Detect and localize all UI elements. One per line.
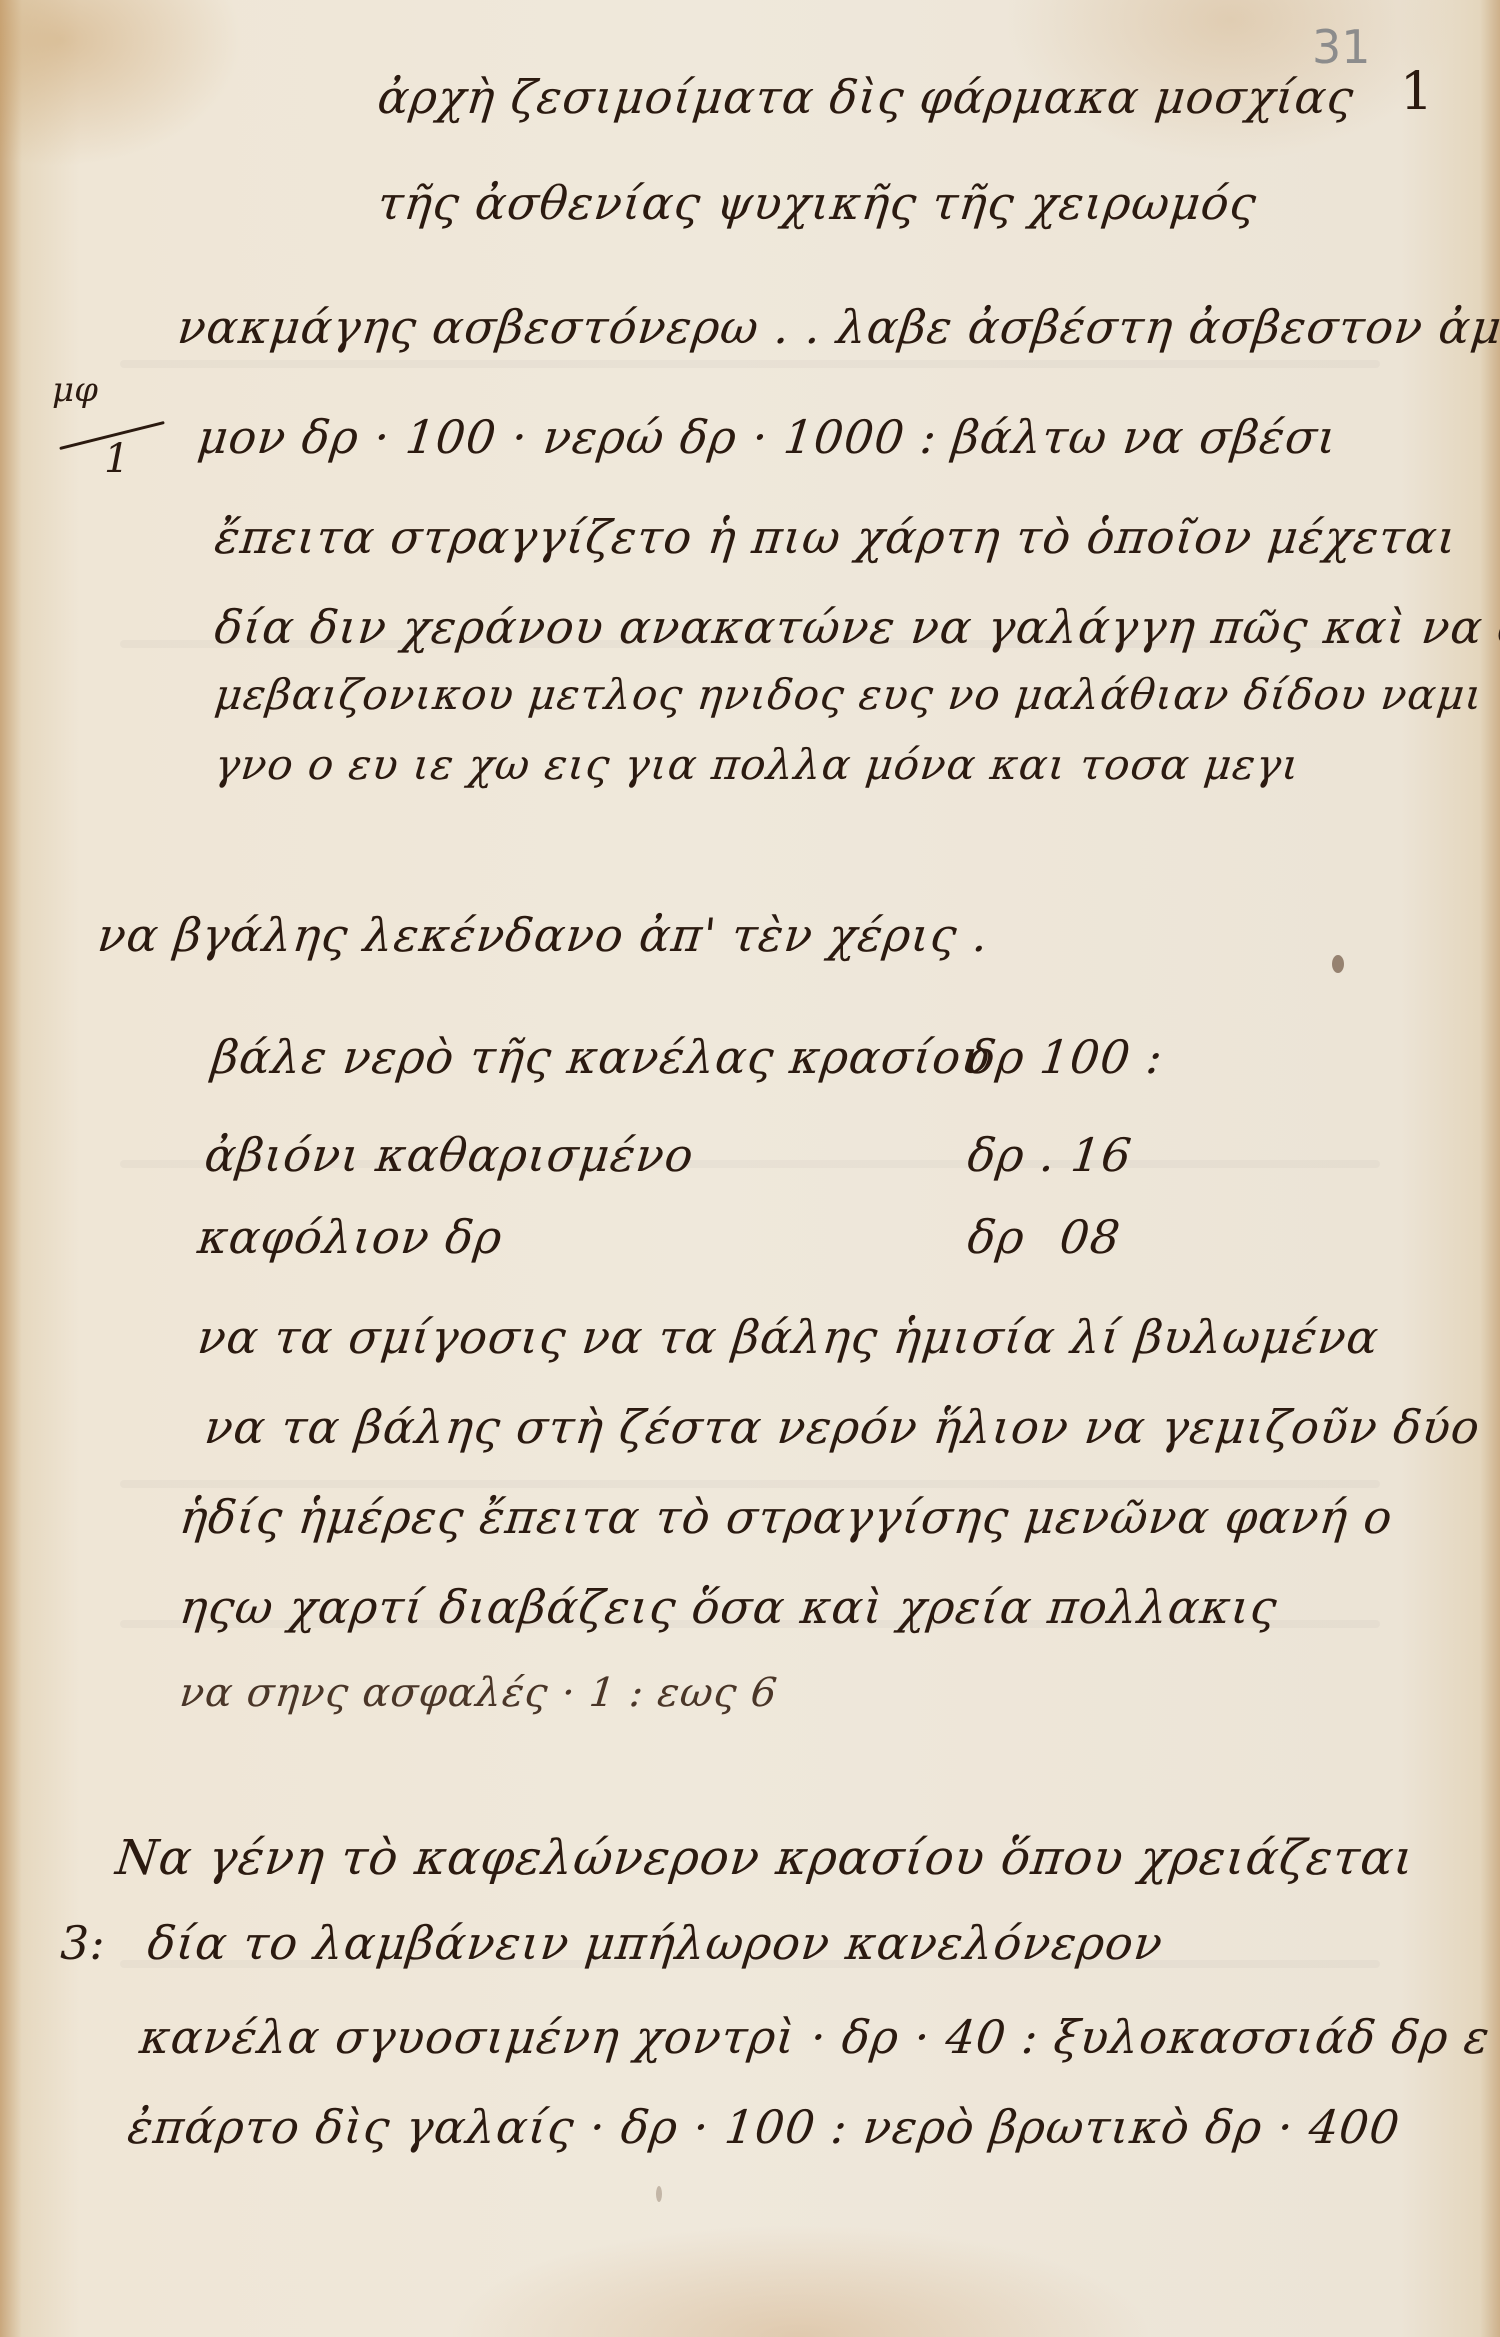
ingredient-qty: . 16 [1037,1128,1134,1182]
fraction-denominator: 1 [104,436,129,482]
section3-number: 3: [60,1916,105,1970]
section2-line: να τα σμίγοσις να τα βάλης ἡμισία λί βυλ… [195,1310,1382,1364]
ingredient-unit: δρ [965,1128,1027,1182]
bleed-through-line [120,1480,1380,1488]
bleed-through-line [120,360,1380,368]
section2-line: να τα βάλης στὴ ζέστα νερόν ἥλιον να γεμ… [202,1400,1483,1454]
ink-speck [656,2186,662,2202]
section2-line: ηςω χαρτί διαβάζεις ὅσα καὶ χρεία πολλακ… [177,1580,1280,1634]
heading-line-2: τῆς ἀσθενίας ψυχικῆς τῆς χειρωμός [375,176,1259,230]
margin-fraction: μφ 1 [50,370,170,510]
ingredient-name: βάλε νερὸ τῆς κανέλας κρασίου [209,1030,993,1084]
fraction-numerator: μφ [52,370,98,410]
ingredient-unit: δρ [965,1210,1027,1264]
folio-number-pencil: 31 [1312,20,1371,74]
section1-line: μον δρ · 100 · νερώ δρ · 1000 : βάλτω να… [195,410,1340,464]
ingredient-name: ἀβιόνι καθαρισμένο [202,1128,696,1182]
section3-line: δία το λαμβάνειν μπήλωρον κανελόνερον [145,1916,1166,1970]
section2-line: ἡδίς ἡμέρες ἔπειτα τὸ στραγγίσης μενῶνα … [177,1490,1395,1544]
section1-line: γνο ο ευ ιε χω εις για πολλα μόνα και το… [212,740,1302,789]
section2-title: να βγάλης λεκένδανο ἀπ' τὲν χέρις . [95,908,991,962]
ingredient-qty: 08 [1057,1210,1123,1264]
section1-line: μεβαιζονικου μετλος ηνιδος ευς νο μαλάθι… [212,670,1485,719]
section2-line: να σηνς ασφαλές · 1 : εως 6 [178,1670,780,1716]
heading-line-1: ἀρχὴ ζεσιμοίματα δὶς φάρμακα μοσχίας [375,70,1357,124]
section3-line: κανέλα σγυοσιμένη χοντρὶ · δρ · 40 : ξυλ… [137,2010,1493,2064]
section1-line: νακμάγης ασβεστόνερω . . λαβε ἀσβέστη ἀσ… [175,300,1500,354]
section1-line: δία διν χεράνου ανακατώνε να γαλάγγη πῶς… [212,600,1500,654]
ink-blot [1332,955,1344,973]
ingredient-name: καφόλιον δρ [195,1210,505,1264]
section3-line: ἐπάρτο δὶς γαλαίς · δρ · 100 : νερὸ βρωτ… [125,2100,1403,2154]
section1-line: ἔπειτα στραγγίζετο ἡ πιω χάρτη τὸ ὁποῖον… [212,510,1459,564]
ingredient-unit: δρ [965,1030,1027,1084]
manuscript-page: 31 1 ἀρχὴ ζεσιμοίματα δὶς φάρμακα μοσχία… [0,0,1500,2337]
folio-number-ink: 1 [1400,62,1433,122]
ingredient-qty: 100 : [1037,1030,1166,1084]
section3-line: Να γένη τὸ καφελώνερον κρασίου ὅπου χρει… [113,1830,1417,1886]
